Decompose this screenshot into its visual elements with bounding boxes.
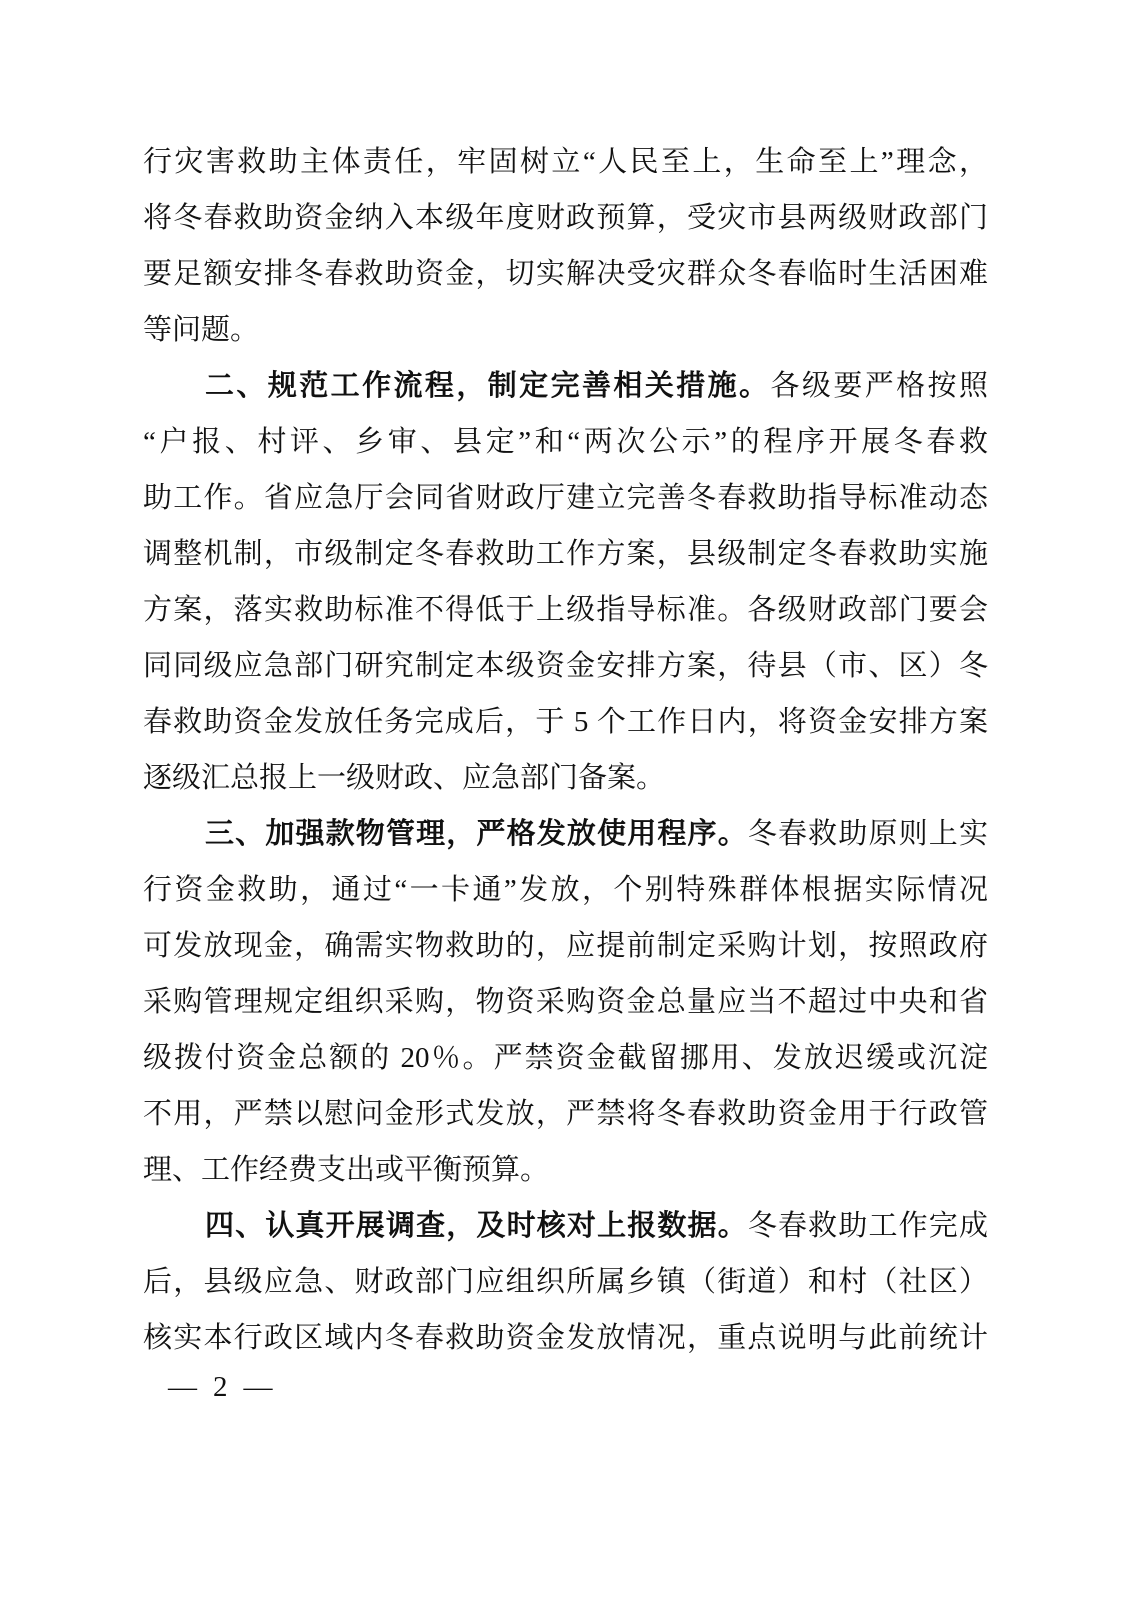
- body-text: 将冬春救助资金纳入本级年度财政预算，受灾市县两级财政部门: [143, 202, 988, 234]
- page-number: 2: [213, 1364, 228, 1410]
- section-heading-text: 四、认真开展调查，及时核对上报数据。: [205, 1210, 748, 1242]
- body-text: 可发放现金，确需实物救助的，应提前制定采购计划，按照政府: [143, 930, 988, 962]
- footer-dash-right: —: [244, 1364, 273, 1410]
- body-text: 调整机制，市级制定冬春救助工作方案，县级制定冬春救助实施: [143, 538, 988, 570]
- document-line: 四、认真开展调查，及时核对上报数据。冬春救助工作完成: [143, 1198, 988, 1254]
- document-line: 后，县级应急、财政部门应组织所属乡镇（街道）和村（社区）: [143, 1254, 988, 1310]
- body-text: 级拨付资金总额的 20％。严禁资金截留挪用、发放迟缓或沉淀: [143, 1042, 988, 1074]
- document-line: 同同级应急部门研究制定本级资金安排方案，待县（市、区）冬: [143, 638, 988, 694]
- body-text: 采购管理规定组织采购，物资采购资金总量应当不超过中央和省: [143, 986, 988, 1018]
- document-line: 春救助资金发放任务完成后，于 5 个工作日内，将资金安排方案: [143, 694, 988, 750]
- document-line: 助工作。省应急厅会同省财政厅建立完善冬春救助指导标准动态: [143, 470, 988, 526]
- document-line: 等问题。: [143, 302, 988, 358]
- body-text: 要足额安排冬春救助资金，切实解决受灾群众冬春临时生活困难: [143, 258, 988, 290]
- body-text: 同同级应急部门研究制定本级资金安排方案，待县（市、区）冬: [143, 650, 988, 682]
- section-heading-text: 三、加强款物管理，严格发放使用程序。: [205, 818, 748, 850]
- document-line: 二、规范工作流程，制定完善相关措施。各级要严格按照: [143, 358, 988, 414]
- document-body: 行灾害救助主体责任，牢固树立“人民至上，生命至上”理念，将冬春救助资金纳入本级年…: [143, 134, 988, 1366]
- body-text: “户报、村评、乡审、县定”和“两次公示”的程序开展冬春救: [143, 426, 988, 458]
- body-text: 行资金救助，通过“一卡通”发放，个别特殊群体根据实际情况: [143, 874, 988, 906]
- body-text: 春救助资金发放任务完成后，于 5 个工作日内，将资金安排方案: [143, 706, 988, 738]
- body-text: 不用，严禁以慰问金形式发放，严禁将冬春救助资金用于行政管: [143, 1098, 988, 1130]
- body-text: 助工作。省应急厅会同省财政厅建立完善冬春救助指导标准动态: [143, 482, 988, 514]
- document-line: 要足额安排冬春救助资金，切实解决受灾群众冬春临时生活困难: [143, 246, 988, 302]
- document-line: 行灾害救助主体责任，牢固树立“人民至上，生命至上”理念，: [143, 134, 988, 190]
- document-line: 采购管理规定组织采购，物资采购资金总量应当不超过中央和省: [143, 974, 988, 1030]
- body-text: 逐级汇总报上一级财政、应急部门备案。: [143, 762, 665, 794]
- document-line: 核实本行政区域内冬春救助资金发放情况，重点说明与此前统计: [143, 1310, 988, 1366]
- body-text: 理、工作经费支出或平衡预算。: [143, 1154, 549, 1186]
- body-text: 各级要严格按照: [770, 370, 988, 402]
- document-line: 级拨付资金总额的 20％。严禁资金截留挪用、发放迟缓或沉淀: [143, 1030, 988, 1086]
- document-line: “户报、村评、乡审、县定”和“两次公示”的程序开展冬春救: [143, 414, 988, 470]
- document-line: 行资金救助，通过“一卡通”发放，个别特殊群体根据实际情况: [143, 862, 988, 918]
- document-line: 逐级汇总报上一级财政、应急部门备案。: [143, 750, 988, 806]
- section-heading-text: 二、规范工作流程，制定完善相关措施。: [205, 370, 770, 402]
- body-text: 行灾害救助主体责任，牢固树立“人民至上，生命至上”理念，: [143, 146, 988, 178]
- body-text: 等问题。: [143, 314, 259, 346]
- document-page: 行灾害救助主体责任，牢固树立“人民至上，生命至上”理念，将冬春救助资金纳入本级年…: [0, 0, 1131, 1600]
- document-line: 调整机制，市级制定冬春救助工作方案，县级制定冬春救助实施: [143, 526, 988, 582]
- footer-dash-left: —: [168, 1364, 197, 1410]
- document-line: 三、加强款物管理，严格发放使用程序。冬春救助原则上实: [143, 806, 988, 862]
- document-line: 理、工作经费支出或平衡预算。: [143, 1142, 988, 1198]
- page-footer: — 2 —: [168, 1364, 273, 1410]
- body-text: 冬春救助原则上实: [748, 818, 988, 850]
- body-text: 方案，落实救助标准不得低于上级指导标准。各级财政部门要会: [143, 594, 988, 626]
- document-line: 不用，严禁以慰问金形式发放，严禁将冬春救助资金用于行政管: [143, 1086, 988, 1142]
- body-text: 后，县级应急、财政部门应组织所属乡镇（街道）和村（社区）: [143, 1266, 988, 1298]
- body-text: 核实本行政区域内冬春救助资金发放情况，重点说明与此前统计: [143, 1322, 988, 1354]
- document-line: 可发放现金，确需实物救助的，应提前制定采购计划，按照政府: [143, 918, 988, 974]
- body-text: 冬春救助工作完成: [748, 1210, 988, 1242]
- document-line: 方案，落实救助标准不得低于上级指导标准。各级财政部门要会: [143, 582, 988, 638]
- document-line: 将冬春救助资金纳入本级年度财政预算，受灾市县两级财政部门: [143, 190, 988, 246]
